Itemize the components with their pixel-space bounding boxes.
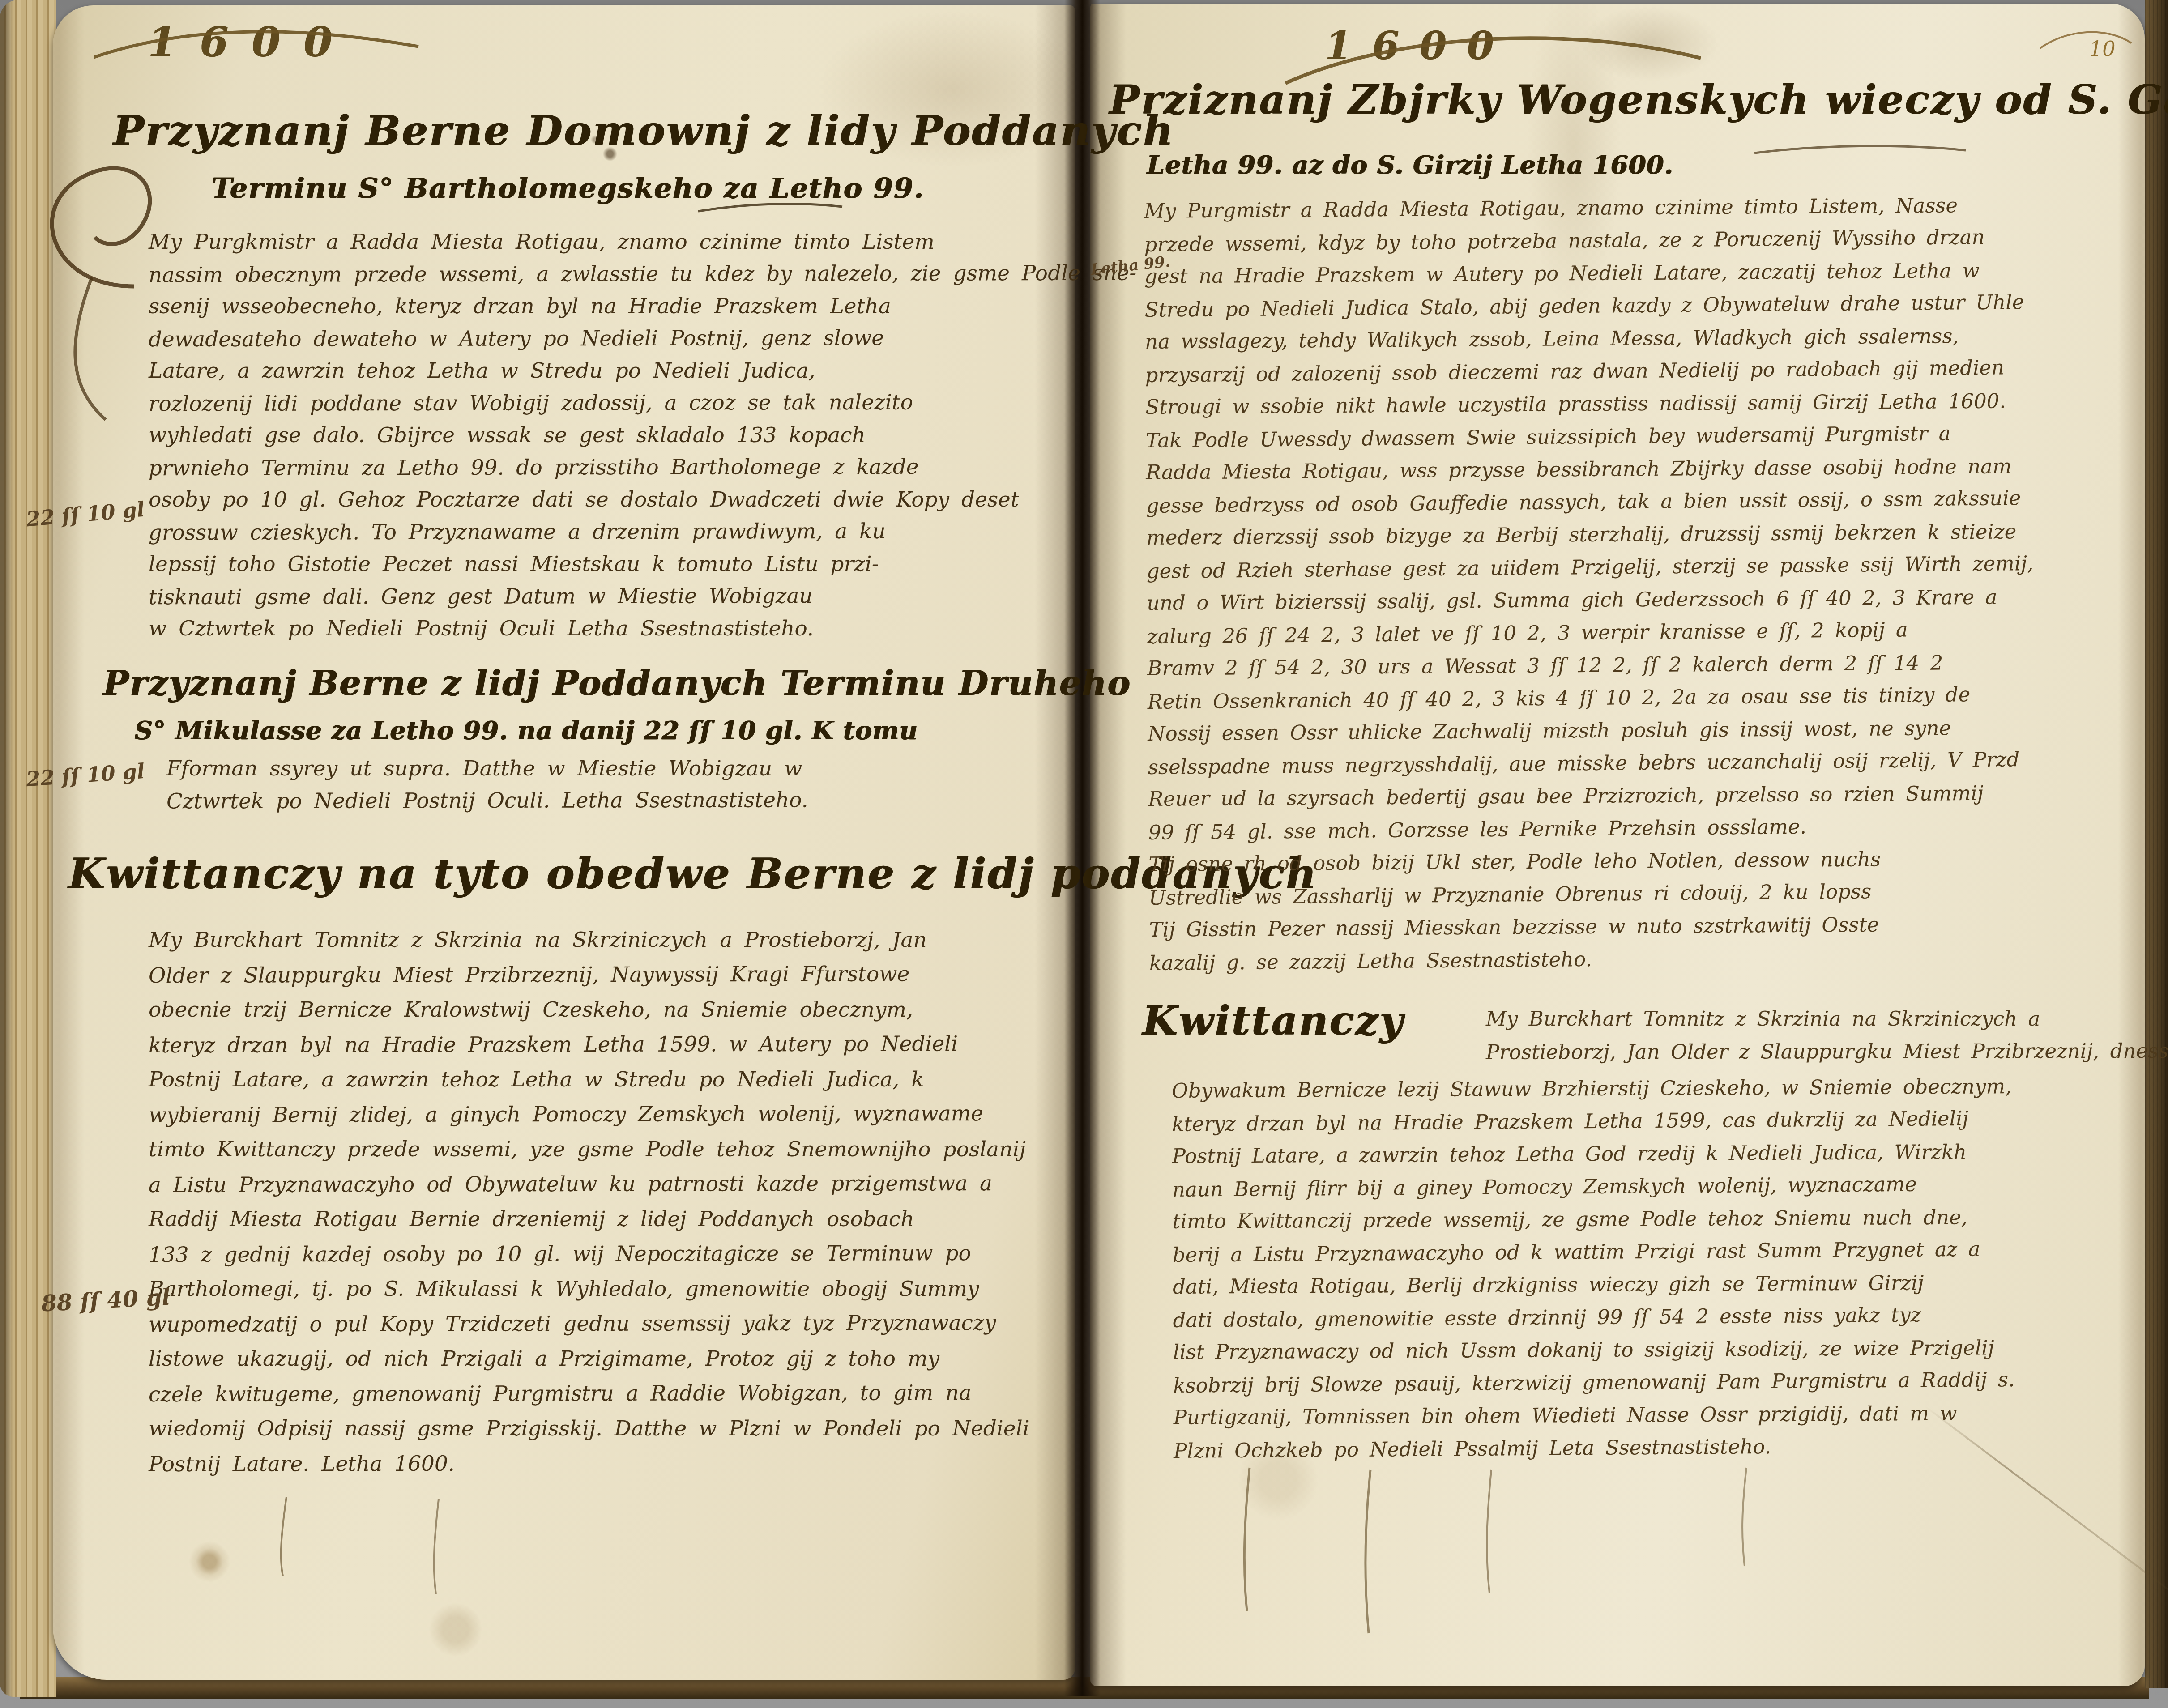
manuscript-line: Fforman ssyrey ut supra. Datthe w Miesti… <box>166 753 808 785</box>
left-paragraph-1: My Purgkmistr a Radda Miesta Rotigau, zn… <box>149 226 1136 645</box>
manuscript-line: dati, Miesta Rotigau, Berlij drzkigniss … <box>1173 1266 2014 1303</box>
manuscript-line: Raddij Miesta Rotigau Bernie drzeniemij … <box>149 1202 1029 1237</box>
manuscript-line: Postnij Latare. Letha 1600. <box>149 1445 1029 1482</box>
manuscript-line: a Listu Przyznawaczyho od Obywateluw ku … <box>149 1166 1029 1203</box>
manuscript-line: My Burckhart Tomnitz z Skrzinia na Skrzi… <box>149 923 1029 958</box>
manuscript-line: wybieranij Bernij zlidej, a ginych Pomoc… <box>149 1096 1029 1133</box>
manuscript-line: wyhledati gse dalo. Gbijrce wssak se ges… <box>149 419 1136 451</box>
manuscript-line: timto Kwittanczy przede wssemi, yze gsme… <box>149 1132 1029 1167</box>
manuscript-line: w Cztwrtek po Nedieli Postnij Oculi Leth… <box>149 613 1136 645</box>
manuscript-line: berij a Listu Przyznawaczyho od k wattim… <box>1173 1232 2014 1271</box>
manuscript-line: Cztwrtek po Nedieli Postnij Oculi. Letha… <box>166 784 808 818</box>
manuscript-line: nassim obecznym przede wssemi, a zwlasst… <box>149 257 1136 292</box>
left-heading-1: Przyznanj Berne Domownj z lidy Poddanych <box>113 106 1174 155</box>
manuscript-line: My Purgkmistr a Radda Miesta Rotigau, zn… <box>149 226 1136 258</box>
manuscript-line: Purtigzanij, Tomnissen bin ohem Wiedieti… <box>1174 1397 2015 1434</box>
manuscript-line: naun Bernij flirr bij a giney Pomoczy Ze… <box>1172 1167 2014 1206</box>
manuscript-line: Plzni Ochzkeb po Nedieli Pssalmij Leta S… <box>1174 1428 2015 1467</box>
manuscript-line: dati dostalo, gmenowitie esste drzinnij … <box>1173 1298 2014 1337</box>
right-kwittanczy-body: Obywakum Bernicze lezij Stawuw Brzhierst… <box>1172 1070 2015 1466</box>
manuscript-line: Prostieborzj, Jan Older z Slauppurgku Mi… <box>1486 1034 2168 1069</box>
right-paragraph-1: My Purgmistr a Radda Miesta Rotigau, zna… <box>1144 188 2036 979</box>
manuscript-line: My Burckhart Tomnitz z Skrzinia na Skrzi… <box>1486 1002 2168 1035</box>
manuscript-line: prwnieho Terminu za Letho 99. do przisst… <box>149 451 1136 485</box>
manuscript-line: czele kwitugeme, gmenowanij Purgmistru a… <box>149 1376 1029 1412</box>
right-kwittanczy-heading: Kwittanczy <box>1142 997 1404 1044</box>
manuscript-line: obecnie trzij Bernicze Kralowstwij Czesk… <box>149 992 1029 1027</box>
manuscript-line: kteryz drzan byl na Hradie Prazskem Leth… <box>1172 1102 2014 1141</box>
left-paragraph-2: Fforman ssyrey ut supra. Datthe w Miesti… <box>166 753 808 817</box>
right-year: 1600 <box>1325 23 1514 68</box>
manuscript-line: wupomedzatij o pul Kopy Trzidczeti gednu… <box>149 1306 1029 1342</box>
manuscript-line: rozlozenij lidi poddane stav Wobigij zad… <box>149 386 1136 421</box>
manuscript-line: timto Kwittanczij przede wssemij, ze gsm… <box>1172 1201 2014 1238</box>
left-heading-2: Przyznanj Berne z lidj Poddanych Terminu… <box>103 663 1131 703</box>
right-heading-1-sub: Letha 99. az do S. Girzij Letha 1600. <box>1147 150 1673 180</box>
left-paragraph-3: My Burckhart Tomnitz z Skrzinia na Skrzi… <box>149 923 1029 1481</box>
manuscript-line: kteryz drzan byl na Hradie Prazskem Leth… <box>149 1027 1029 1063</box>
manuscript-line: listowe ukazugij, od nich Przigali a Prz… <box>149 1342 1029 1376</box>
manuscript-line: list Przyznawaczy od nich Ussm dokanij t… <box>1173 1331 2014 1368</box>
folio-number: 10 <box>2089 37 2116 61</box>
manuscript-photo: { "document": { "kind": "Early-modern bo… <box>0 0 2168 1708</box>
manuscript-line: ssenij wsseobecneho, kteryz drzan byl na… <box>149 290 1136 323</box>
manuscript-line: Obywakum Bernicze lezij Stawuw Brzhierst… <box>1172 1070 2013 1107</box>
manuscript-line: Bartholomegi, tj. po S. Mikulassi k Wyhl… <box>149 1272 1029 1307</box>
left-heading-1-sub: Terminu S° Bartholomegskeho za Letho 99. <box>211 172 924 204</box>
manuscript-line: grossuw czieskych. To Przyznawame a drze… <box>149 515 1136 549</box>
book-cover-edge <box>2145 0 2168 1688</box>
manuscript-line: ksobrzij brij Slowze psauij, kterzwizij … <box>1173 1363 2015 1402</box>
manuscript-line: Latare, a zawrzin tehoz Letha w Stredu p… <box>149 355 1136 387</box>
left-heading-2-sub: S° Mikulasse za Letho 99. na danij 22 ſſ… <box>134 716 918 745</box>
manuscript-line: wiedomij Odpisij nassij gsme Przigisskij… <box>149 1411 1029 1446</box>
manuscript-line: dewadesateho dewateho w Autery po Nediel… <box>149 322 1136 356</box>
book-page-edges <box>0 0 56 1697</box>
left-year: 1600 <box>148 18 355 66</box>
manuscript-line: lepssij toho Gistotie Peczet nassi Miest… <box>149 548 1136 580</box>
manuscript-line: osoby po 10 gl. Gehoz Pocztarze dati se … <box>149 484 1136 516</box>
manuscript-line: 133 z gednij kazdej osoby po 10 gl. wij … <box>149 1236 1029 1273</box>
manuscript-line: Older z Slauppurgku Miest Przibrzeznij, … <box>149 957 1029 993</box>
manuscript-line: tisknauti gsme dali. Genz gest Datum w M… <box>149 579 1136 614</box>
right-heading-1: Prziznanj Zbjrky Wogenskych wieczy od S.… <box>1109 76 2168 124</box>
left-heading-3: Kwittanczy na tyto obedwe Berne z lidj p… <box>68 849 1318 899</box>
manuscript-line: Postnij Latare, a zawrzin tehoz Letha Go… <box>1172 1135 2013 1172</box>
right-kwittanczy-intro: My Burckhart Tomnitz z Skrzinia na Skrzi… <box>1486 1002 2168 1068</box>
manuscript-line: Postnij Latare, a zawrzin tehoz Letha w … <box>149 1062 1029 1097</box>
